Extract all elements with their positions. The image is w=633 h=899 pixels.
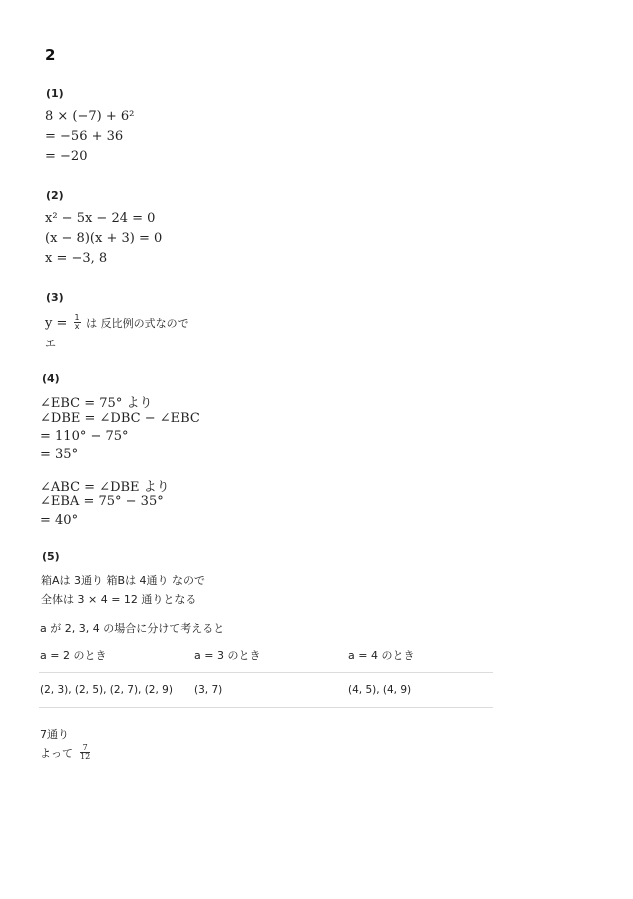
table-header-a3: a = 3 のとき	[194, 647, 260, 663]
q2-line-3: x = −3, 8	[45, 251, 107, 266]
q4-line-2: ∠DBE = ∠DBC − ∠EBC	[40, 411, 200, 426]
q3-reason: は 反比例の式なので	[83, 317, 189, 330]
q2-line-1: x² − 5x − 24 = 0	[45, 211, 155, 226]
q5-line-3: a が 2, 3, 4 の場合に分けて考えると	[40, 620, 224, 636]
problem-number: 2	[45, 46, 55, 64]
q5-label: (5)	[42, 550, 60, 563]
q4-line-5: ∠ABC = ∠DBE より	[40, 476, 170, 495]
q5-count: 7通り	[40, 726, 69, 742]
q1-line-1: 8 × (−7) + 6²	[45, 109, 134, 124]
q3-answer: エ	[45, 335, 56, 351]
table-header-a4: a = 4 のとき	[348, 647, 414, 663]
q4-line-6: ∠EBA = 75° − 35°	[40, 494, 164, 509]
q1-line-3: = −20	[45, 149, 87, 164]
q3-label: (3)	[46, 291, 64, 304]
table-cell-a2: (2, 3), (2, 5), (2, 7), (2, 9)	[40, 684, 173, 696]
table-cell-a4: (4, 5), (4, 9)	[348, 684, 411, 696]
q4-line-4: = 35°	[40, 447, 78, 462]
q5-conclusion: よって 712	[40, 742, 92, 761]
q1-label: (1)	[46, 87, 64, 100]
q4-label: (4)	[42, 372, 60, 385]
q2-line-2: (x − 8)(x + 3) = 0	[45, 231, 162, 246]
q4-line-1: ∠EBC = 75° より	[40, 392, 152, 411]
table-cell-a3: (3, 7)	[194, 684, 222, 696]
q3-fraction: 1x	[74, 314, 81, 331]
q4-line-7: = 40°	[40, 513, 78, 528]
q5-conclusion-prefix: よって	[40, 747, 73, 760]
q4-line-3: = 110° − 75°	[40, 429, 129, 444]
table-header-a2: a = 2 のとき	[40, 647, 106, 663]
q3-line-1: y = 1x は 反比例の式なので	[45, 312, 189, 331]
table-header-divider	[39, 672, 493, 673]
q5-line-1: 箱Aは 3通り 箱Bは 4通り なので	[41, 572, 205, 588]
q2-label: (2)	[46, 189, 64, 202]
table-bottom-divider	[39, 707, 493, 708]
q5-answer-fraction: 712	[80, 744, 90, 761]
q1-line-2: = −56 + 36	[45, 129, 123, 144]
q3-equation-prefix: y =	[45, 316, 72, 331]
q5-line-2: 全体は 3 × 4 = 12 通りとなる	[41, 591, 196, 607]
